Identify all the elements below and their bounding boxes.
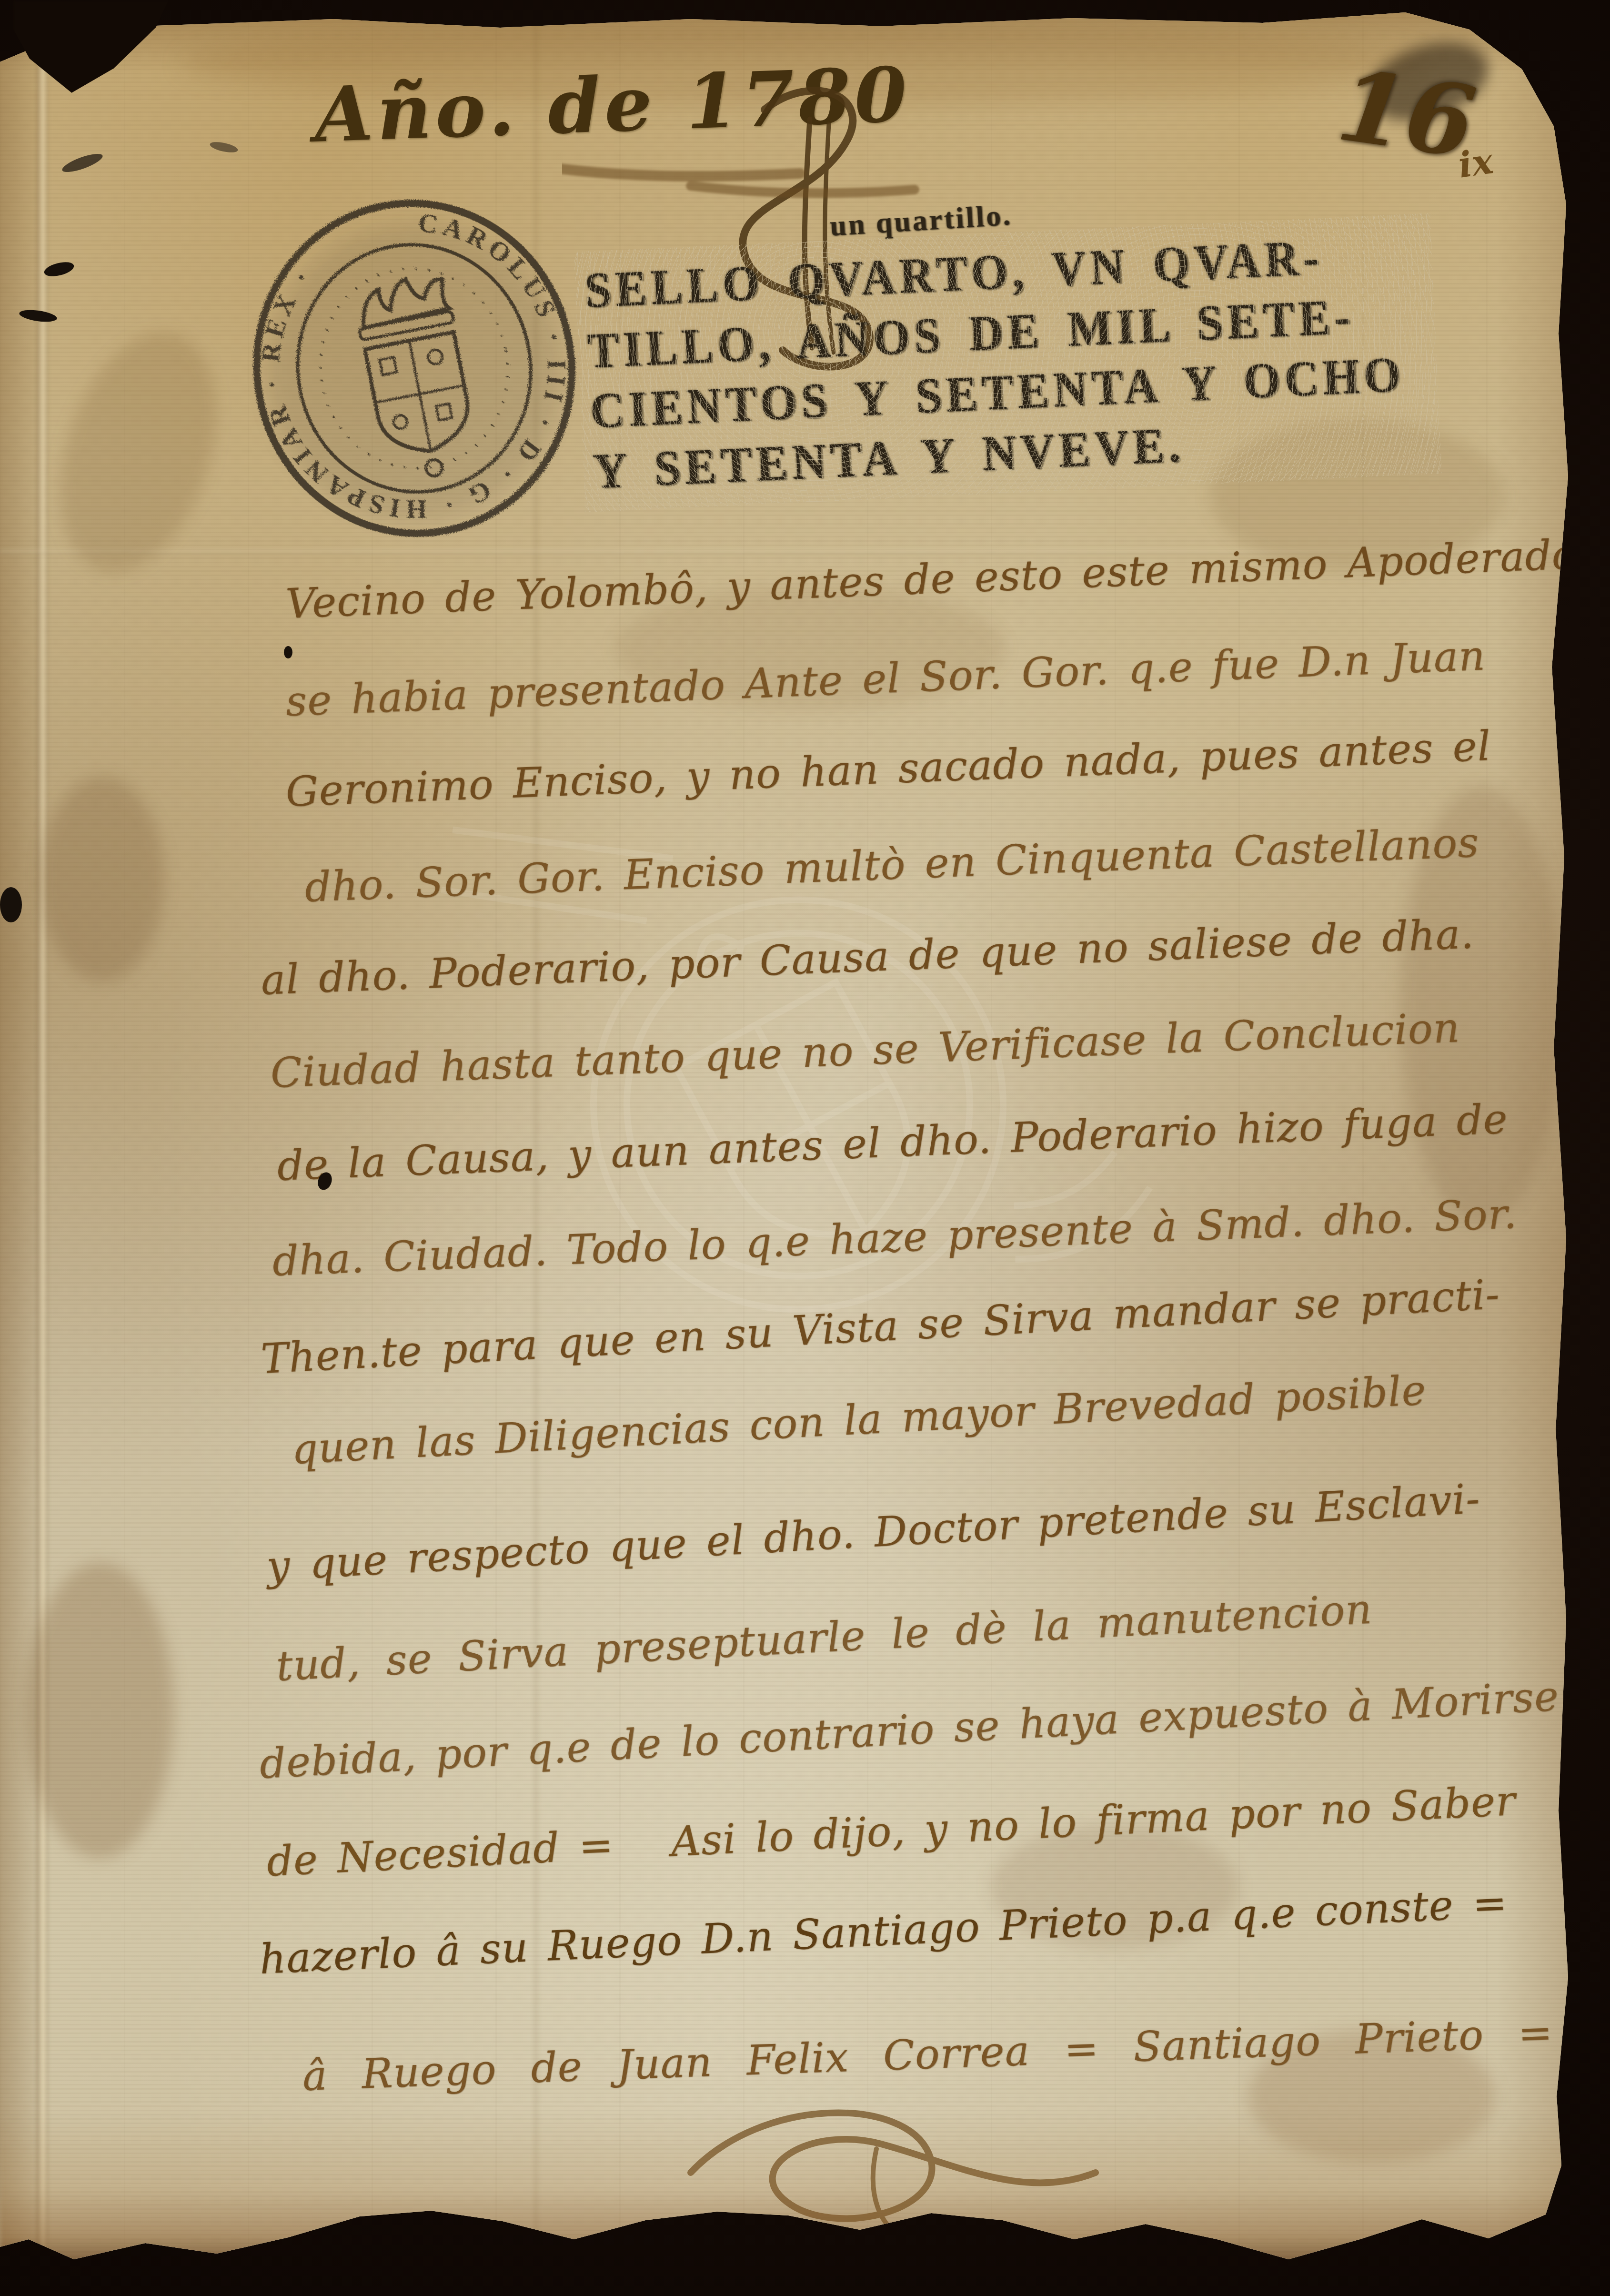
manuscript-line: dha. Ciudad. Todo lo q.e haze presente à… [272, 1189, 1518, 1288]
manuscript-line: Then.te para que en su Vista se Sirva ma… [260, 1269, 1501, 1386]
manuscript-line: dho. Sor. Gor. Enciso multò en Cinquenta… [304, 817, 1480, 913]
manuscript-line: Vecino de Yolombô, y antes de esto este … [285, 529, 1578, 630]
manuscript-line: de Necesidad = Asi lo dijo, y no lo firm… [265, 1776, 1517, 1888]
manuscript-line: Geronimo Enciso, y no han sacado nada, p… [285, 721, 1492, 819]
manuscript-line: â Ruego de Juan Felix Correa = Santiago … [302, 2007, 1554, 2102]
manuscript-line: al dho. Poderario, por Causa de que no s… [260, 909, 1475, 1006]
manuscript-line: debida, por q.e de lo contrario se haya … [258, 1671, 1560, 1790]
manuscript-line: y que respecto que el dho. Doctor preten… [265, 1474, 1481, 1593]
manuscript-line: tud, se Sirva preseptuarle le dè la manu… [275, 1584, 1373, 1693]
manuscript-line: Ciudad hasta tanto que no se Verificase … [270, 1002, 1461, 1099]
manuscript-line: quen las Diligencias con la mayor Breved… [290, 1365, 1428, 1476]
manuscript-text-block: Vecino de Yolombô, y antes de esto este … [0, 0, 1610, 2296]
manuscript-page: CAROLUS · III · D · G · HISPANIAR · REX … [0, 0, 1610, 2296]
manuscript-line: de la Causa, y aun antes el dho. Poderar… [276, 1094, 1509, 1193]
manuscript-line: hazerlo â su Ruego D.n Santiago Prieto p… [259, 1878, 1509, 1985]
manuscript-line: se habia presentado Ante el Sor. Gor. q.… [285, 630, 1486, 728]
